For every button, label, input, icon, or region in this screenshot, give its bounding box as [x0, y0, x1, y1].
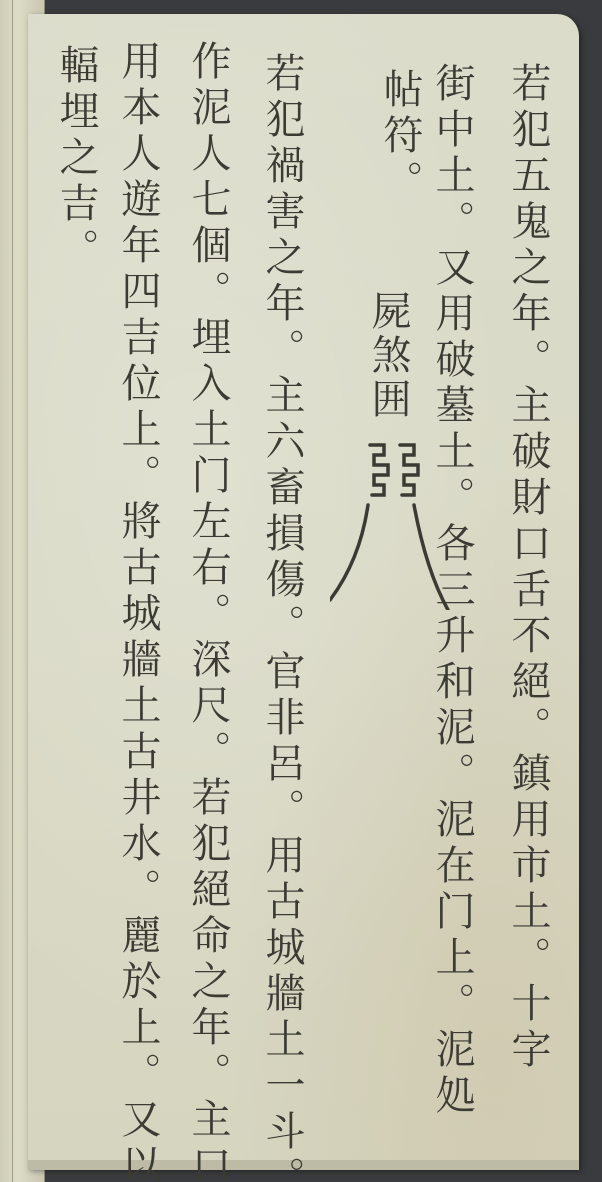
text-column-4: 若犯禍害之年。主六畜損傷。官非呂。用古城牆土一斗。和泥。: [262, 52, 302, 1152]
text-column-5: 作泥人七個。埋入土门左右。深尺。若犯絕命之年。主口多哭。: [188, 40, 228, 1160]
text-column-1: 若犯五鬼之年。主破財口舌不絕。鎮用市土。十字: [508, 62, 548, 1142]
talisman-seal: 屍煞囲: [330, 280, 450, 610]
text-column-3: 帖符。: [380, 68, 420, 228]
spine-fold-line: [12, 0, 13, 1182]
text-column-7: 輻埋之吉。: [56, 44, 96, 264]
text-column-6: 用本人遊年四吉位上。將古城牆土古井水。麗於上。又以車: [118, 40, 158, 1140]
manuscript-scan: 若犯五鬼之年。主破財口舌不絕。鎮用市土。十字 街中土。又用破墓土。各三升和泥。泥…: [0, 0, 602, 1182]
talisman-strokes-icon: [330, 280, 450, 610]
